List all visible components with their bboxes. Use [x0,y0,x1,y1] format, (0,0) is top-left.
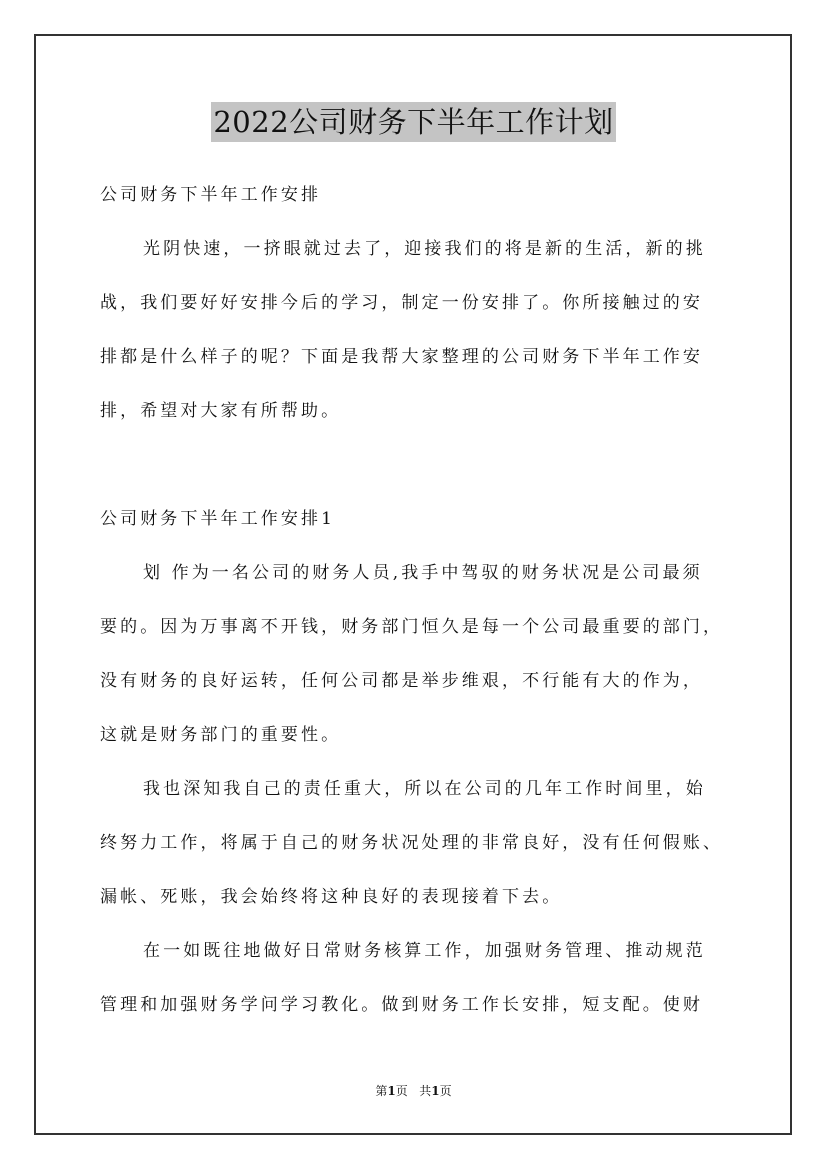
paragraph-line: 终努力工作，将属于自己的财务状况处理的非常良好，没有任何假账、 [100,831,723,855]
page-footer: 第1页 共1页 [0,1082,827,1099]
page-prefix: 第 [375,1084,387,1098]
paragraph-line: 光阴快速，一挤眼就过去了，迎接我们的将是新的生活，新的挑 [143,237,706,261]
paragraph-line: 排都是什么样子的呢？下面是我帮大家整理的公司财务下半年工作安 [100,345,703,369]
paragraph-line: 我也深知我自己的责任重大，所以在公司的几年工作时间里，始 [143,777,706,801]
total-suffix: 页 [440,1084,452,1098]
paragraph-line: 排，希望对大家有所帮助。 [100,399,341,423]
paragraph-line: 在一如既往地做好日常财务核算工作，加强财务管理、推动规范 [143,939,706,963]
page-suffix: 页 [396,1084,408,1098]
title-container: 2022公司财务下半年工作计划 [0,102,827,142]
paragraph-line: 管理和加强财务学问学习教化。做到财务工作长安排，短支配。使财 [100,993,703,1017]
total-pages: 1 [431,1084,439,1098]
paragraph-line: 这就是财务部门的重要性。 [100,723,341,747]
section-heading: 公司财务下半年工作安排 [100,183,321,207]
section-heading: 公司财务下半年工作安排1 [100,507,335,531]
paragraph-line: 没有财务的良好运转，任何公司都是举步维艰，不行能有大的作为， [100,669,703,693]
page-number: 1 [387,1084,395,1098]
document-title: 2022公司财务下半年工作计划 [211,102,615,142]
paragraph-line: 漏帐、死账，我会始终将这种良好的表现接着下去。 [100,885,562,909]
paragraph-line: 要的。因为万事离不开钱，财务部门恒久是每一个公司最重要的部门， [100,615,723,639]
paragraph-line: 战，我们要好好安排今后的学习，制定一份安排了。你所接触过的安 [100,291,703,315]
total-prefix: 共 [419,1084,431,1098]
paragraph-line: 划 作为一名公司的财务人员,我手中驾驭的财务状况是公司最须 [143,561,703,585]
